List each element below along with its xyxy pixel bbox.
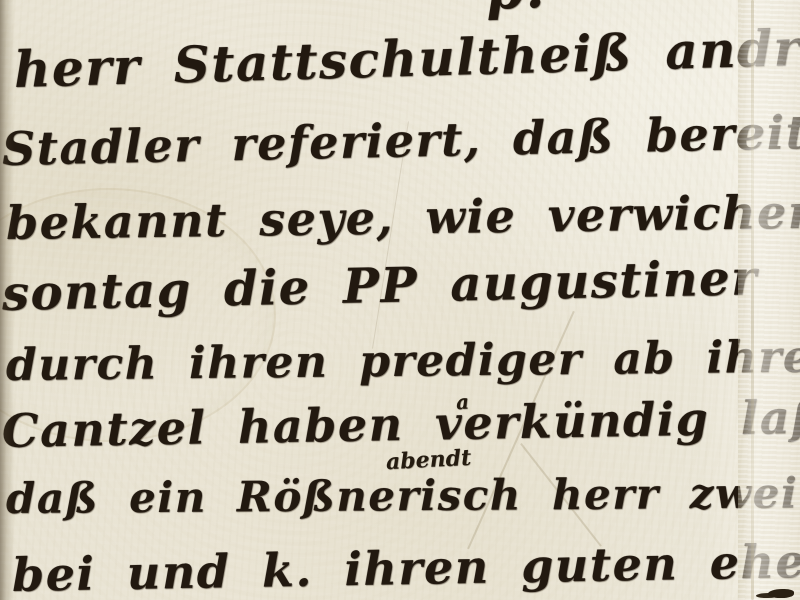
- manuscript-line-fragment: p.: [485, 0, 547, 22]
- page-edge: [738, 0, 800, 600]
- ink-blot: [768, 589, 794, 598]
- manuscript-line: Stadler referiert, daß bereits: [1, 105, 800, 176]
- page-edge-crease: [751, 0, 754, 600]
- interlinear-insertion: abendt: [385, 445, 471, 475]
- manuscript-line: bei und k. ihren guten ehel: [12, 534, 800, 600]
- gutter-shadow: [0, 0, 14, 600]
- manuscript-line: bekannt seye, wie verwichenen: [6, 184, 800, 250]
- manuscript-page: p. herr Stattschultheiß andreas Stadler …: [0, 0, 800, 600]
- manuscript-line: durch ihren prediger ab ihrer: [6, 331, 800, 391]
- manuscript-line: herr Stattschultheiß andreas: [13, 15, 800, 99]
- interlinear-insertion: a: [455, 390, 470, 415]
- manuscript-line: daß ein Rößnerisch herr zwei ihre: [6, 468, 800, 523]
